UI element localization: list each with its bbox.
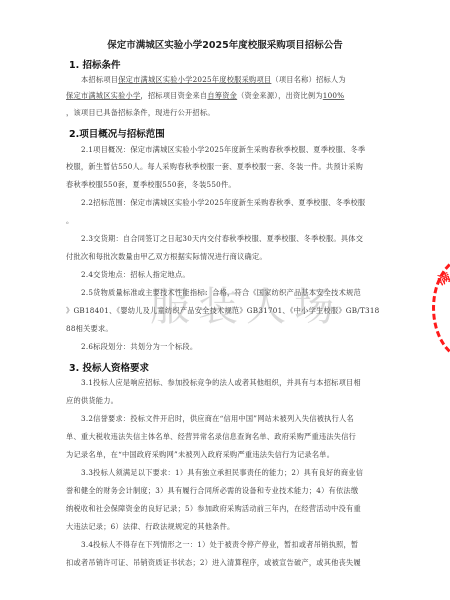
paragraph-line: 大违法记录；6）法律、行政法规规定的其他条件。 <box>66 522 386 532</box>
paragraph-line: 为记录名单，在“中国政府采购网”未被列入政府采购严重违法失信行为记录名单。 <box>66 450 386 460</box>
paragraph-line: 保定市满城区实验小学，招标项目资金来自自筹资金（资金来源），出资比例为100% <box>66 91 386 101</box>
section-heading-1: 1. 招标条件 <box>69 57 121 71</box>
paragraph-line: 2.3交货期：自合同签订之日起30天内交付春秋季校服、夏季校服、冬季校服。具体交 <box>81 234 386 244</box>
text: （资金来源），出资比例为 <box>237 91 323 100</box>
paragraph-line: 誉和健全的财务会计制度；3）具有履行合同所必需的设备和专业技术能力；4）有依法缴 <box>66 486 386 496</box>
text: ，招标项目资金来自 <box>140 91 207 100</box>
paragraph-line: 扣或者吊销许可证、吊销资质证书状态；2）进入清算程序，或被宣告破产，或其他丧失履 <box>66 558 386 568</box>
paragraph-line: 春秋季校服550套，夏季校服550套，冬装550件。 <box>66 180 386 190</box>
text: （项目名称）招标人为 <box>271 75 345 84</box>
watermark: 服装人场 <box>150 275 342 332</box>
paragraph-line: 3.2信誉要求：投标文件开启时，供应商在“信用中国”网站未被列入失信被执行人名 <box>81 414 386 424</box>
fund-ratio-field: 100% <box>323 91 345 100</box>
paragraph-line: 本招标项目保定市满城区实验小学2025年度校服采购项目（项目名称）招标人为 <box>81 75 386 85</box>
paragraph-line: 2.2招标范围：保定市满城区实验小学2025年度新生采购春秋季、夏季校服、冬季校… <box>81 198 386 208</box>
paragraph-line: 校服，新生暂估550人。每人采购春秋季校服一套、夏季校服一套、冬装一件。共预计采… <box>66 162 386 172</box>
paragraph-line: 3.3投标人须满足以下要求：1）具有独立承担民事责任的能力；2）具有良好的商业信 <box>81 468 386 478</box>
fund-source-field: 自筹资金 <box>207 91 237 100</box>
paragraph-line: 3.4投标人不得存在下列情形之一：1）处于被责令停产停业，暂扣或者吊销执照，暂 <box>81 540 386 550</box>
section-heading-2: 2.项目概况与招标范围 <box>69 126 165 140</box>
tenderer-field: 保定市满城区实验小学 <box>66 91 140 100</box>
paragraph-line: 纳税收和社会保障资金的良好记录；5）参加政府采购活动前三年内，在经营活动中没有重 <box>66 504 386 514</box>
document-title: 保定市满城区实验小学2025年度校服采购项目招标公告 <box>0 37 450 51</box>
paragraph-line: 3.1投标人应是响应招标、参加投标竞争的法人或者其他组织，并具有与本招标项目相 <box>81 378 386 388</box>
project-name-field: 保定市满城区实验小学2025年度校服采购项目 <box>118 75 271 84</box>
paragraph-line: 单、重大税收违法失信主体名单、经营异常名录信息查询名单、政府采购严重违法失信行 <box>66 432 386 442</box>
paragraph-line: 付批次和每批次数量由甲乙双方根据实际情况进行商议确定。 <box>66 252 386 262</box>
paragraph-line: 应的供货能力。 <box>66 396 386 406</box>
section-heading-3: 3. 投标人资格要求 <box>69 360 149 374</box>
document-page: 保定市满城区实验小学2025年度校服采购项目招标公告 1. 招标条件 本招标项目… <box>0 0 450 600</box>
text: 本招标项目 <box>81 75 118 84</box>
paragraph-line: 。 <box>66 216 386 226</box>
paragraph-line: 2.6标段划分：共划分为一个标段。 <box>81 342 386 352</box>
paragraph-line: ，该项目已具备招标条件，现进行公开招标。 <box>66 108 386 118</box>
paragraph-line: 2.1项目概况：保定市满城区实验小学2025年度新生采购春秋季校服、夏季校服、冬… <box>81 145 386 155</box>
